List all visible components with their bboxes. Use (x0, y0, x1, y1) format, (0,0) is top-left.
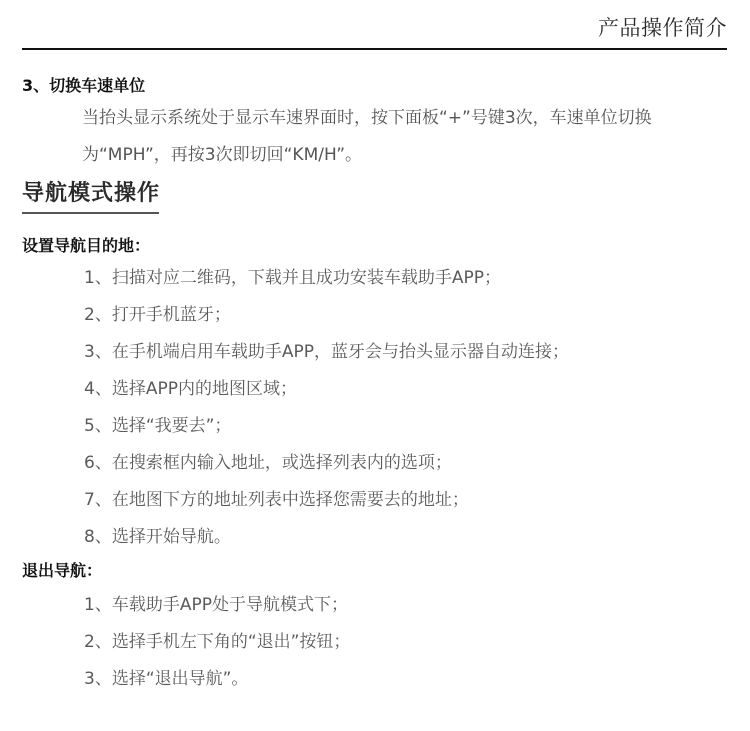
exit-navigation-title: 退出导航： (22, 558, 102, 581)
exit-navigation-steps: 1、车载助手APP处于导航模式下； 2、选择手机左下角的“退出”按钮； 3、选择… (84, 587, 350, 698)
page-header: 产品操作简介 (22, 0, 727, 50)
description-line: 为“MPH”，再按3次即切回“KM/H”。 (82, 137, 722, 174)
list-item: 1、车载助手APP处于导航模式下； (84, 587, 350, 624)
list-item: 6、在搜索框内输入地址，或选择列表内的选项； (84, 445, 569, 482)
list-item: 1、扫描对应二维码，下载并且成功安装车载助手APP； (84, 260, 569, 297)
header-divider (22, 48, 727, 50)
speed-unit-section-title: 3、切换车速单位 (22, 73, 145, 96)
list-item: 3、选择“退出导航”。 (84, 661, 350, 698)
list-item: 4、选择APP内的地图区域； (84, 371, 569, 408)
list-item: 5、选择“我要去”； (84, 408, 569, 445)
navigation-mode-heading: 导航模式操作 (22, 176, 160, 207)
list-item: 8、选择开始导航。 (84, 519, 569, 556)
speed-unit-description: 当抬头显示系统处于显示车速界面时，按下面板“+”号键3次，车速单位切换 为“MP… (82, 100, 722, 174)
set-destination-steps: 1、扫描对应二维码，下载并且成功安装车载助手APP； 2、打开手机蓝牙； 3、在… (84, 260, 569, 556)
list-item: 2、选择手机左下角的“退出”按钮； (84, 624, 350, 661)
list-item: 7、在地图下方的地址列表中选择您需要去的地址； (84, 482, 569, 519)
description-line: 当抬头显示系统处于显示车速界面时，按下面板“+”号键3次，车速单位切换 (82, 100, 722, 137)
list-item: 2、打开手机蓝牙； (84, 297, 569, 334)
set-destination-title: 设置导航目的地： (22, 233, 150, 256)
list-item: 3、在手机端启用车载助手APP，蓝牙会与抬头显示器自动连接； (84, 334, 569, 371)
heading-underline (22, 212, 159, 214)
page-title: 产品操作简介 (598, 12, 727, 42)
